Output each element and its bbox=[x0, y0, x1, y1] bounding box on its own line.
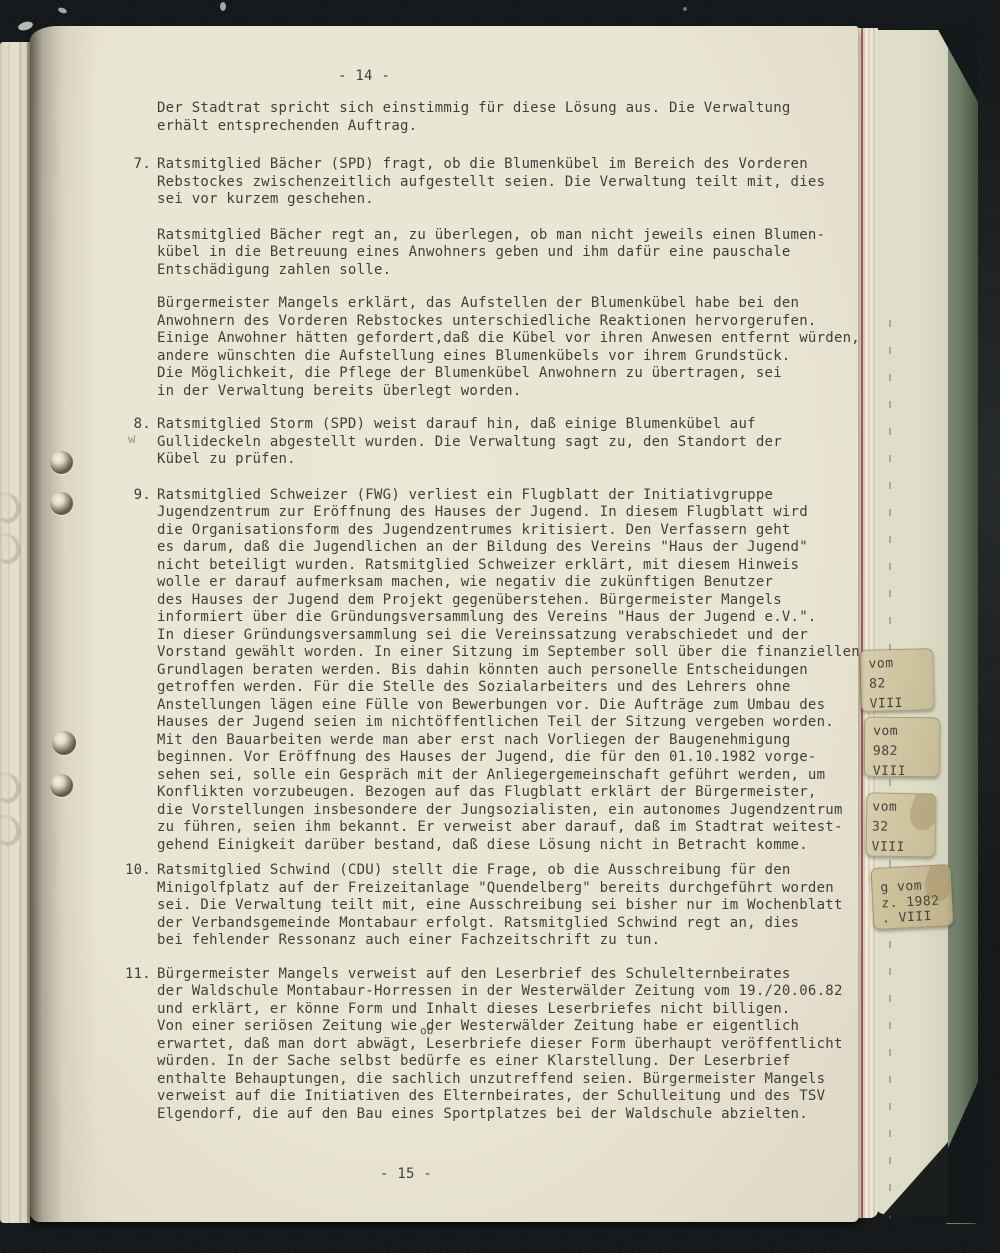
gutter-shadow bbox=[30, 26, 108, 1222]
paragraph-number: 8. bbox=[119, 416, 151, 434]
punch-hole bbox=[50, 492, 73, 515]
text-line: gehend Einigkeit darüber bestand, daß di… bbox=[157, 837, 873, 855]
text-line: informiert über die Gründungsversammlung… bbox=[157, 609, 873, 627]
numbered-paragraph: 9.Ratsmitglied Schweizer (FWG) verliest … bbox=[157, 487, 873, 855]
paragraph: Ratsmitglied Bächer regt an, zu überlege… bbox=[157, 227, 873, 280]
paragraph-number: 10. bbox=[119, 862, 151, 880]
text-line: Ratsmitglied Schwind (CDU) stellt die Fr… bbox=[157, 862, 873, 880]
text-line: andere wünschten die Aufstellung eines B… bbox=[157, 348, 873, 366]
text-line: die Organisationsform des Jugendzentrume… bbox=[157, 522, 873, 540]
punch-hole-ring bbox=[0, 813, 22, 848]
text-line: bei fehlender Ressonanz auch einer Fachz… bbox=[157, 932, 873, 950]
text-line: würden. In der Sache selbst bedürfe es e… bbox=[157, 1053, 873, 1071]
text-line: Anwohnern des Vorderen Rebstockes unters… bbox=[157, 313, 873, 331]
text-line: verweist auf die Initiativen des Elternb… bbox=[157, 1088, 873, 1106]
numbered-paragraph: 7.Ratsmitglied Bächer (SPD) fragt, ob di… bbox=[157, 156, 873, 209]
text-line: Gullideckeln abgestellt wurden. Die Verw… bbox=[157, 434, 873, 452]
text-line: des Hauses der Jugend dem Projekt gegenü… bbox=[157, 592, 873, 610]
page-number-top: - 14 - bbox=[338, 69, 390, 83]
numbered-paragraph: 8.Ratsmitglied Storm (SPD) weist darauf … bbox=[157, 416, 873, 469]
text-line: erhält entsprechenden Auftrag. bbox=[157, 118, 873, 136]
paragraph-number: 11. bbox=[119, 966, 151, 984]
text-line: Mit den Bauarbeiten werde man aber erst … bbox=[157, 732, 873, 750]
tab-label-line: vom bbox=[873, 722, 939, 743]
text-line: kübel in die Betreuung eines Anwohners g… bbox=[157, 244, 873, 262]
punch-hole bbox=[50, 774, 73, 797]
text-line: beginnen. Vor Eröffnung des Hauses der J… bbox=[157, 749, 873, 767]
text-line: Bürgermeister Mangels erklärt, das Aufst… bbox=[157, 295, 873, 313]
text-line: Bürgermeister Mangels verweist auf den L… bbox=[157, 966, 873, 984]
punch-hole-ring bbox=[0, 531, 22, 566]
paragraph-number: 9. bbox=[119, 487, 151, 505]
index-tab: vom982VIII bbox=[864, 717, 941, 778]
text-line: getroffen werden. Für die Stelle des Soz… bbox=[157, 679, 873, 697]
text-line: sei vor kurzem geschehen. bbox=[157, 191, 873, 209]
text-line: Von einer seriösen Zeitung wie der Weste… bbox=[157, 1018, 873, 1036]
dust-speck bbox=[683, 7, 687, 11]
scanned-minutes-page: vom82VIIIvom982VIIIvom32VIIIg vomz. 1982… bbox=[0, 0, 1000, 1253]
paragraph-number: 7. bbox=[119, 156, 151, 174]
text-line: die Vorstellungen insbesondere der Jungs… bbox=[157, 802, 873, 820]
paragraph: Bürgermeister Mangels erklärt, das Aufst… bbox=[157, 295, 873, 400]
numbered-paragraph: 11.Bürgermeister Mangels verweist auf de… bbox=[157, 966, 873, 1124]
text-line: Jugendzentrum zur Eröffnung des Hauses d… bbox=[157, 504, 873, 522]
text-line: Der Stadtrat spricht sich einstimmig für… bbox=[157, 100, 873, 118]
dust-speck bbox=[220, 2, 226, 11]
text-line: Ratsmitglied Schweizer (FWG) verliest ei… bbox=[157, 487, 873, 505]
text-line: Einige Anwohner hätten gefordert,daß die… bbox=[157, 330, 873, 348]
text-line: und erklärt, er könne Form und Inhalt di… bbox=[157, 1001, 873, 1019]
text-line: sehen sei, solle ein Gespräch mit der An… bbox=[157, 767, 873, 785]
handwritten-margin-mark: w bbox=[127, 432, 137, 448]
underlying-page bbox=[876, 30, 948, 1214]
text-line: enthalte Behauptungen, die sachlich unzu… bbox=[157, 1071, 873, 1089]
page-number-bottom: - 15 - bbox=[380, 1167, 432, 1181]
text-line: wolle er darauf aufmerksam machen, wie n… bbox=[157, 574, 873, 592]
text-line: erwartet, daß man dort abwägt, Leserbrie… bbox=[157, 1036, 873, 1054]
previous-page-edge bbox=[0, 42, 30, 1223]
book-cover-edge bbox=[944, 26, 978, 1224]
text-line: Ratsmitglied Storm (SPD) weist darauf hi… bbox=[157, 416, 873, 434]
text-line: nicht beteiligt wurden. Ratsmitglied Sch… bbox=[157, 557, 873, 575]
text-line: der Waldschule Montabaur-Horressen in de… bbox=[157, 983, 873, 1001]
dust-speck bbox=[17, 20, 34, 32]
tab-label-line: VIII bbox=[873, 762, 939, 778]
text-line: es darum, daß die Jugendlichen an der Bi… bbox=[157, 539, 873, 557]
punch-hole-ring bbox=[0, 770, 22, 805]
index-tab: g vomz. 1982. VIII bbox=[870, 864, 953, 930]
index-tab: vom32VIII bbox=[865, 792, 936, 857]
numbered-paragraph: 10.Ratsmitglied Schwind (CDU) stellt die… bbox=[157, 862, 873, 950]
text-line: Ratsmitglied Bächer regt an, zu überlege… bbox=[157, 227, 873, 245]
text-line: Grundlagen beraten werden. Bis dahin kön… bbox=[157, 662, 873, 680]
text-line: sei. Die Verwaltung teilt mit, eine Auss… bbox=[157, 897, 873, 915]
tab-label-line: vom bbox=[868, 653, 933, 675]
tab-label-line: VIII bbox=[869, 693, 934, 712]
text-line: Kübel zu prüfen. bbox=[157, 451, 873, 469]
punch-hole-ring bbox=[0, 490, 22, 525]
body-text: Der Stadtrat spricht sich einstimmig für… bbox=[157, 100, 873, 1123]
tab-label-line: VIII bbox=[871, 837, 934, 857]
text-line: Anstellungen lägen eine Fülle von Bewerb… bbox=[157, 697, 873, 715]
punch-hole bbox=[50, 451, 73, 474]
text-line: In dieser Gründungsversammlung sei die V… bbox=[157, 627, 873, 645]
tab-label-line: 982 bbox=[873, 742, 939, 763]
text-line: Ratsmitglied Bächer (SPD) fragt, ob die … bbox=[157, 156, 873, 174]
text-line: Entschädigung zahlen solle. bbox=[157, 262, 873, 280]
text-line: Rebstockes zwischenzeitlich aufgestellt … bbox=[157, 174, 873, 192]
paragraph: Der Stadtrat spricht sich einstimmig für… bbox=[157, 100, 873, 135]
text-line: Elgendorf, die auf den Bau eines Sportpl… bbox=[157, 1106, 873, 1124]
text-line: Vorstand gewählt worden. In einer Sitzun… bbox=[157, 644, 873, 662]
tab-label-line: 82 bbox=[869, 673, 934, 695]
text-line: der Verbandsgemeinde Montabaur erfolgt. … bbox=[157, 915, 873, 933]
handwritten-insertion: ob bbox=[420, 1024, 434, 1038]
text-line: Die Möglichkeit, die Pflege der Blumenkü… bbox=[157, 365, 873, 383]
text-line: zu führen, seien ihm bekannt. Er verweis… bbox=[157, 819, 873, 837]
text-line: Hauses der Jugend seien im nichtöffentli… bbox=[157, 714, 873, 732]
dust-speck bbox=[57, 7, 67, 15]
text-line: Minigolfplatz auf der Freizeitanlage "Qu… bbox=[157, 880, 873, 898]
punch-hole bbox=[52, 731, 76, 755]
text-line: in der Verwaltung bereits überlegt worde… bbox=[157, 383, 873, 401]
text-line: Konflikten vorzubeugen. Bezogen auf das … bbox=[157, 784, 873, 802]
tab-label-line: . VIII bbox=[882, 908, 953, 927]
